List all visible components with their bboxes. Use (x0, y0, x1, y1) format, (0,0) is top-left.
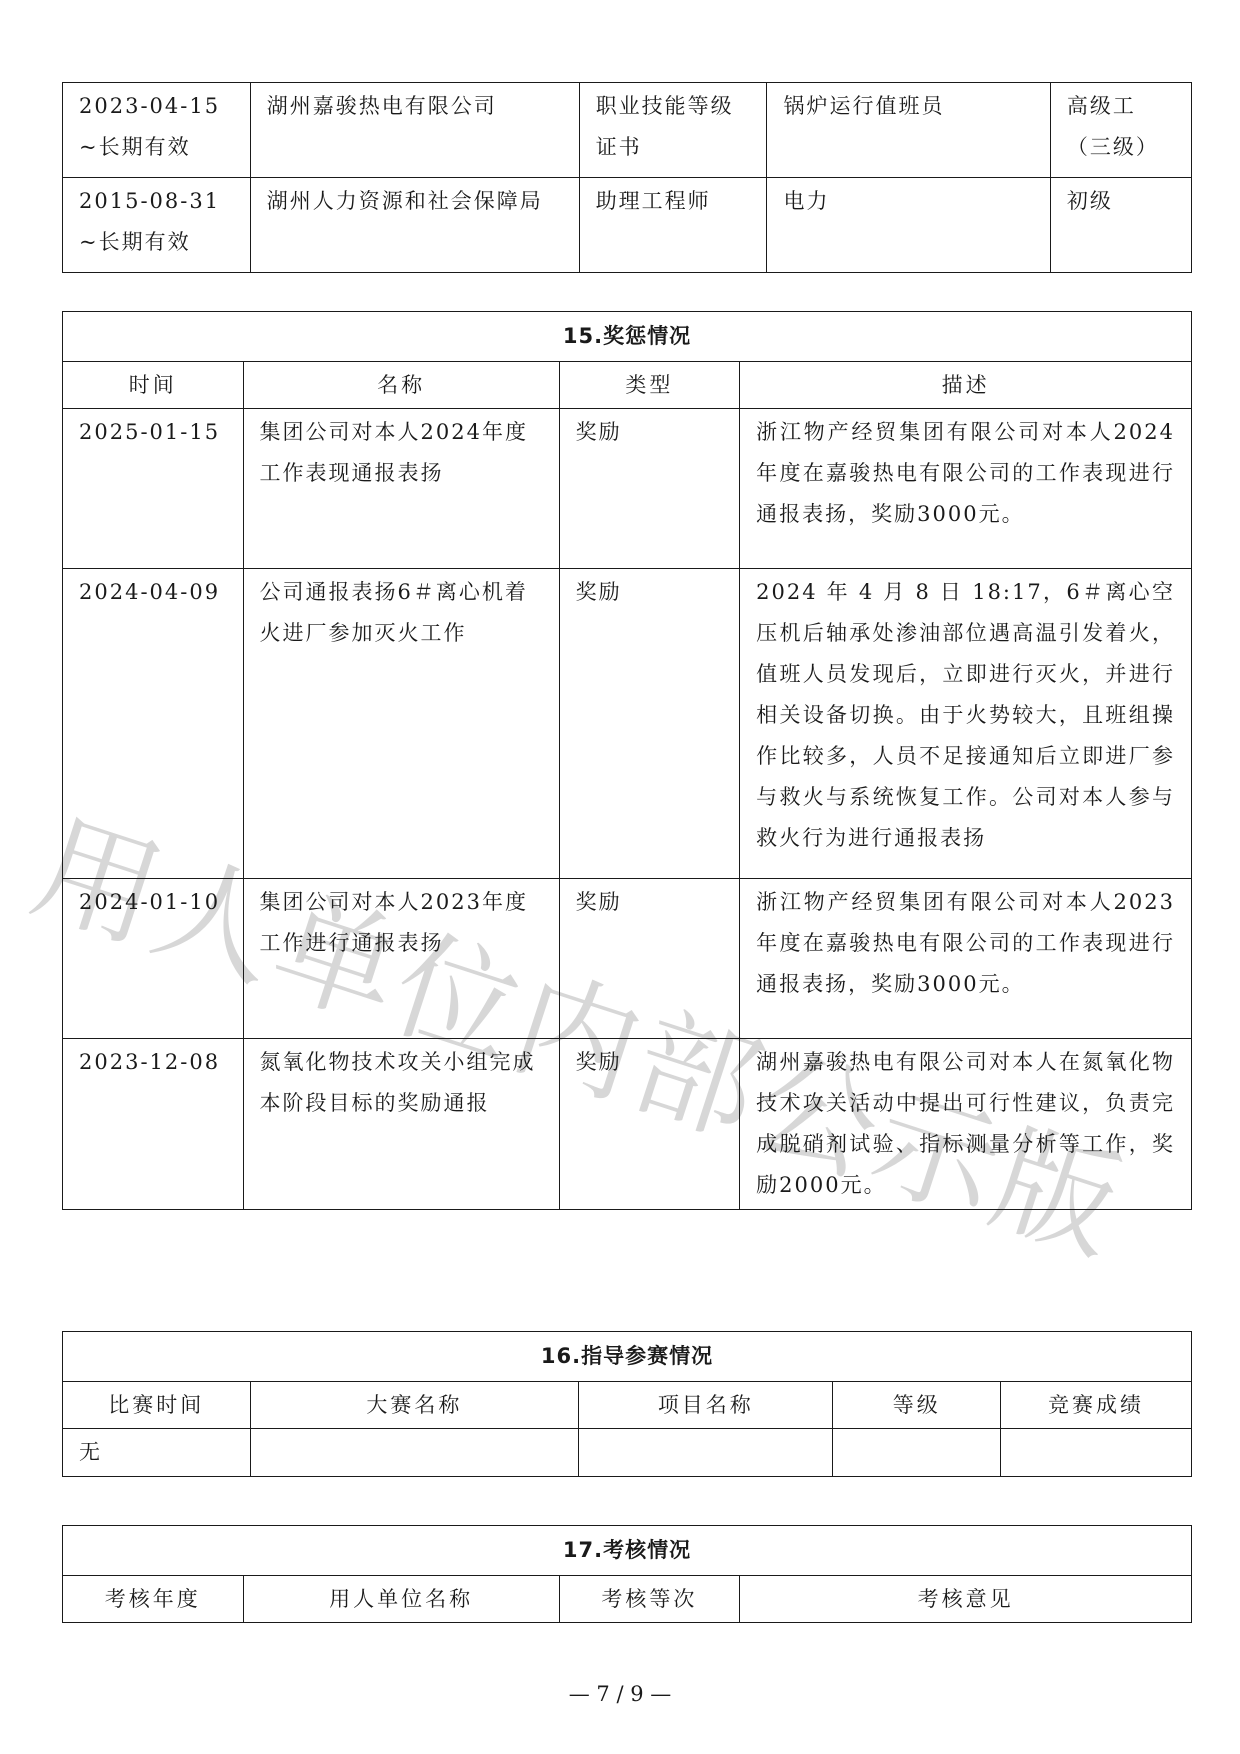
column-header: 用人单位名称 (243, 1576, 559, 1623)
cert-type: 职业技能等级证书 (579, 83, 767, 178)
cert-issuer: 湖州人力资源和社会保障局 (250, 178, 579, 273)
contest-project (579, 1429, 833, 1477)
award-desc: 2024 年 4 月 8 日 18:17，6＃离心空压机后轴承处渗油部位遇高温引… (740, 569, 1192, 879)
column-header: 等级 (833, 1382, 1001, 1429)
column-header: 时间 (63, 362, 244, 409)
column-header: 项目名称 (579, 1382, 833, 1429)
contest-time: 无 (63, 1429, 251, 1477)
contest-grade (833, 1429, 1001, 1477)
cert-period: 2023-04-15~长期有效 (63, 83, 251, 178)
table-row: 2024-01-10 集团公司对本人2023年度工作进行通报表扬 奖励 浙江物产… (63, 879, 1192, 1039)
table-row: 无 (63, 1429, 1192, 1477)
award-date: 2024-04-09 (63, 569, 244, 879)
award-type: 奖励 (559, 409, 740, 569)
award-desc: 湖州嘉骏热电有限公司对本人在氮氧化物技术攻关活动中提出可行性建议，负责完成脱硝剂… (740, 1039, 1192, 1210)
header-row: 时间 名称 类型 描述 (63, 362, 1192, 409)
cert-type: 助理工程师 (579, 178, 767, 273)
cert-period: 2015-08-31~长期有效 (63, 178, 251, 273)
column-header: 大赛名称 (250, 1382, 579, 1429)
section-title: 15.奖惩情况 (63, 312, 1192, 362)
award-date: 2024-01-10 (63, 879, 244, 1039)
award-date: 2025-01-15 (63, 409, 244, 569)
certificates-table: 2023-04-15~长期有效 湖州嘉骏热电有限公司 职业技能等级证书 锅炉运行… (62, 82, 1192, 273)
column-header: 竞赛成绩 (1001, 1382, 1192, 1429)
column-header: 名称 (243, 362, 559, 409)
contest-result (1001, 1429, 1192, 1477)
header-row: 考核年度 用人单位名称 考核等次 考核意见 (63, 1576, 1192, 1623)
column-header: 描述 (740, 362, 1192, 409)
header-row: 比赛时间 大赛名称 项目名称 等级 竞赛成绩 (63, 1382, 1192, 1429)
column-header: 考核意见 (740, 1576, 1192, 1623)
assessment-table: 17.考核情况 考核年度 用人单位名称 考核等次 考核意见 (62, 1525, 1192, 1623)
column-header: 考核年度 (63, 1576, 244, 1623)
award-name: 氮氧化物技术攻关小组完成本阶段目标的奖励通报 (243, 1039, 559, 1210)
table-row: 2023-12-08 氮氧化物技术攻关小组完成本阶段目标的奖励通报 奖励 湖州嘉… (63, 1039, 1192, 1210)
section-title: 16.指导参赛情况 (63, 1332, 1192, 1382)
contest-table: 16.指导参赛情况 比赛时间 大赛名称 项目名称 等级 竞赛成绩 无 (62, 1331, 1192, 1477)
award-type: 奖励 (559, 879, 740, 1039)
section-title: 17.考核情况 (63, 1526, 1192, 1576)
award-name: 集团公司对本人2023年度工作进行通报表扬 (243, 879, 559, 1039)
column-header: 考核等次 (559, 1576, 740, 1623)
award-type: 奖励 (559, 1039, 740, 1210)
cert-specialty: 锅炉运行值班员 (767, 83, 1050, 178)
award-desc: 浙江物产经贸集团有限公司对本人2023年度在嘉骏热电有限公司的工作表现进行通报表… (740, 879, 1192, 1039)
award-date: 2023-12-08 (63, 1039, 244, 1210)
award-name: 集团公司对本人2024年度工作表现通报表扬 (243, 409, 559, 569)
column-header: 类型 (559, 362, 740, 409)
cert-level: 初级 (1050, 178, 1191, 273)
table-row: 2025-01-15 集团公司对本人2024年度工作表现通报表扬 奖励 浙江物产… (63, 409, 1192, 569)
cert-specialty: 电力 (767, 178, 1050, 273)
table-row: 2024-04-09 公司通报表扬6＃离心机着火进厂参加灭火工作 奖励 2024… (63, 569, 1192, 879)
column-header: 比赛时间 (63, 1382, 251, 1429)
contest-name (250, 1429, 579, 1477)
award-type: 奖励 (559, 569, 740, 879)
cert-level: 高级工（三级） (1050, 83, 1191, 178)
awards-table: 15.奖惩情况 时间 名称 类型 描述 2025-01-15 集团公司对本人20… (62, 311, 1192, 1210)
cert-issuer: 湖州嘉骏热电有限公司 (250, 83, 579, 178)
table-row: 2015-08-31~长期有效 湖州人力资源和社会保障局 助理工程师 电力 初级 (63, 178, 1192, 273)
page-number: — 7 / 9 — (0, 1682, 1240, 1706)
table-row: 2023-04-15~长期有效 湖州嘉骏热电有限公司 职业技能等级证书 锅炉运行… (63, 83, 1192, 178)
award-name: 公司通报表扬6＃离心机着火进厂参加灭火工作 (243, 569, 559, 879)
award-desc: 浙江物产经贸集团有限公司对本人2024年度在嘉骏热电有限公司的工作表现进行通报表… (740, 409, 1192, 569)
